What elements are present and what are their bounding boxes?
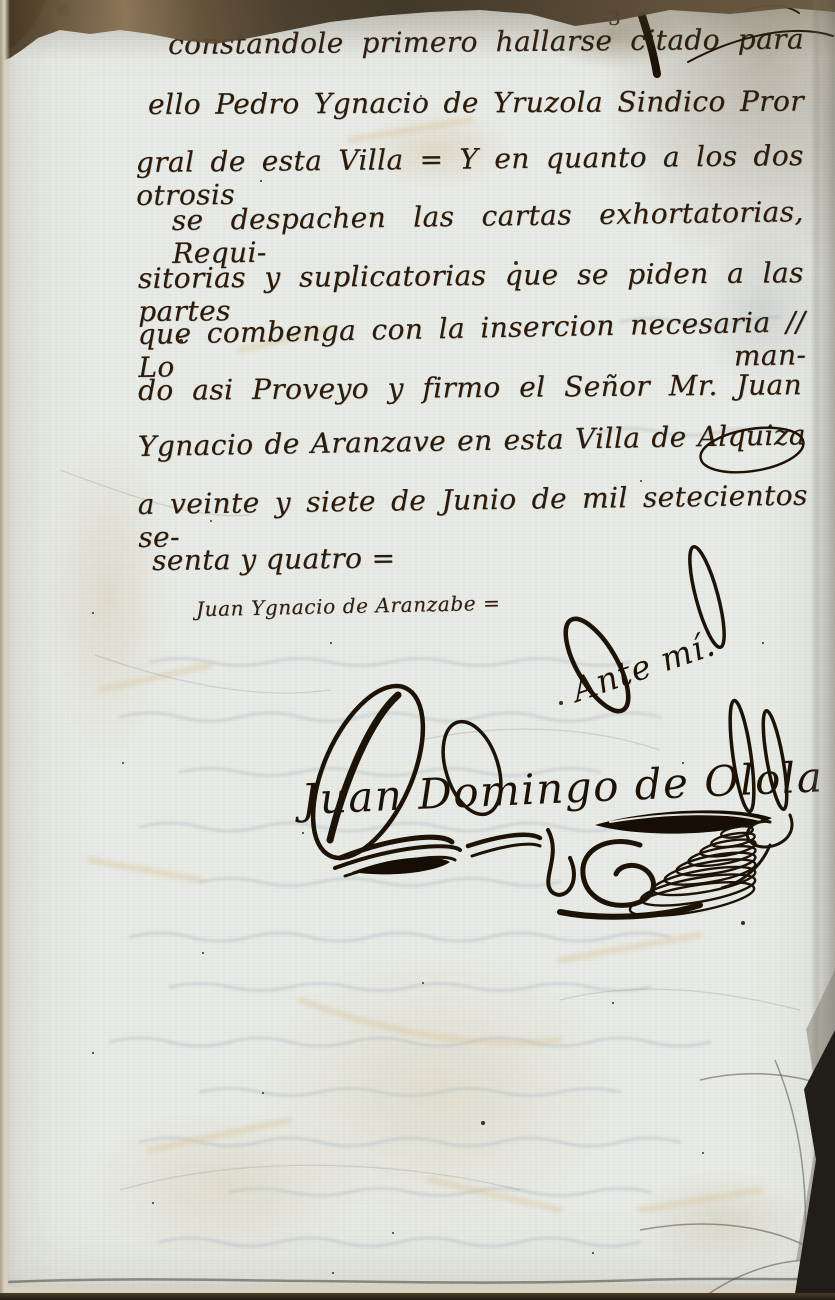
paper-edge-left — [0, 0, 10, 1300]
ink-speckles — [0, 0, 2, 2]
manuscript-line: senta y quatro = — [152, 540, 572, 577]
manuscript-line: do asi Proveyo y firmo el Señor Mr. Juan — [138, 368, 802, 407]
paper-edge-bottom — [0, 1293, 835, 1300]
manuscript-scan: constandole primero hallarse citado para… — [0, 0, 835, 1300]
manuscript-line: ello Pedro Ygnacio de Yruzola Sindico Pr… — [148, 85, 804, 121]
